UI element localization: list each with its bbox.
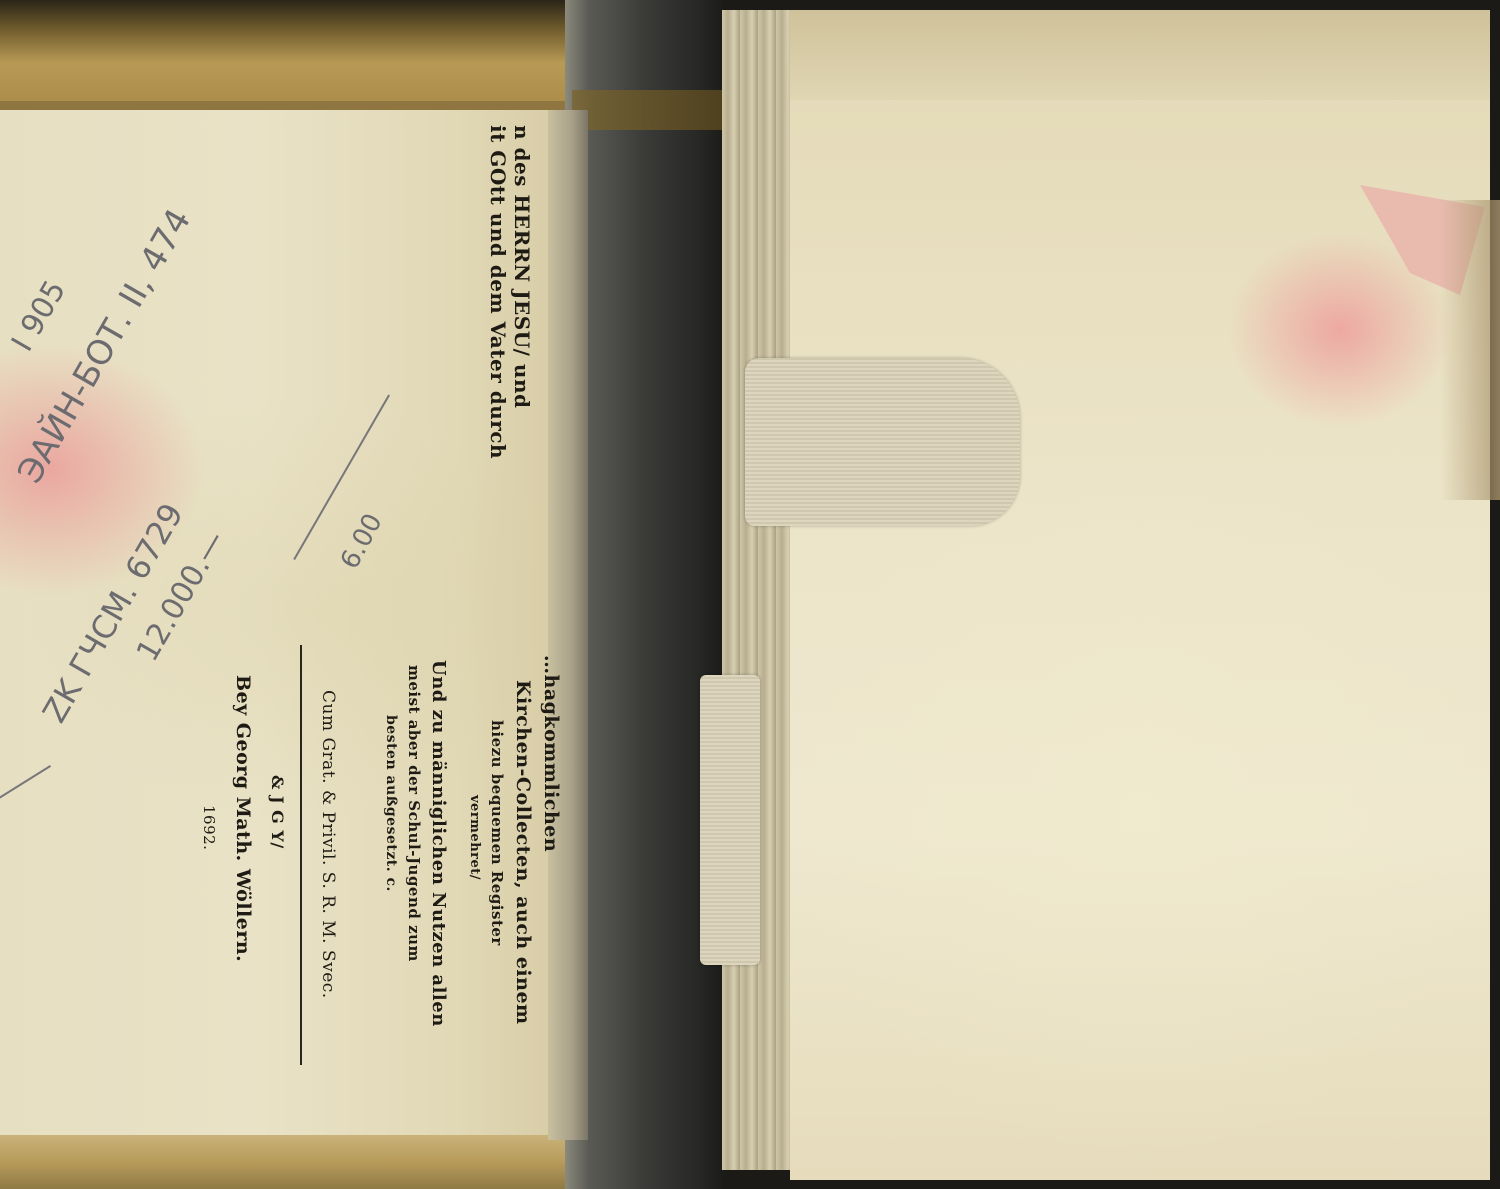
cloth-repair-tape xyxy=(745,358,1020,526)
bottom-binding-strip xyxy=(0,1135,580,1189)
privilege-line: Cum Grat. & Privil. S. R. M. Svec. xyxy=(318,690,338,999)
printed-line: …hagkommlichen xyxy=(540,655,562,852)
top-binding-strip xyxy=(0,0,575,117)
printed-rule xyxy=(300,645,302,1065)
printed-line: it GOtt und dem Vater durch xyxy=(486,125,510,515)
printed-line: Kirchen-Collecten, auch einem xyxy=(512,680,534,1025)
right-top-damage xyxy=(790,10,1490,100)
printed-line: besten außgesetzt. c. xyxy=(383,715,399,892)
printed-line: n des HERRN JESU/ und xyxy=(510,125,534,515)
right-edge-wear xyxy=(1440,200,1500,500)
printed-line: hiezu bequemen Register xyxy=(488,720,506,946)
right-cover-board xyxy=(790,10,1490,1180)
printed-line: vermehret/ xyxy=(467,795,482,880)
printed-line: meist aber der Schul-Jugend zum xyxy=(405,665,423,962)
printed-line: Und zu männiglichen Nutzen allen xyxy=(428,660,449,1027)
spine-headband xyxy=(572,90,722,130)
flyleaf-fold-edge xyxy=(548,110,588,1140)
imprint-year: 1692. xyxy=(200,805,218,850)
imprint-publisher: Bey Georg Math. Wöllern. xyxy=(232,675,254,962)
spine-gap xyxy=(565,0,725,1189)
cloth-repair-strip xyxy=(700,675,760,965)
imprint-line: & J G Y/ xyxy=(268,775,287,849)
